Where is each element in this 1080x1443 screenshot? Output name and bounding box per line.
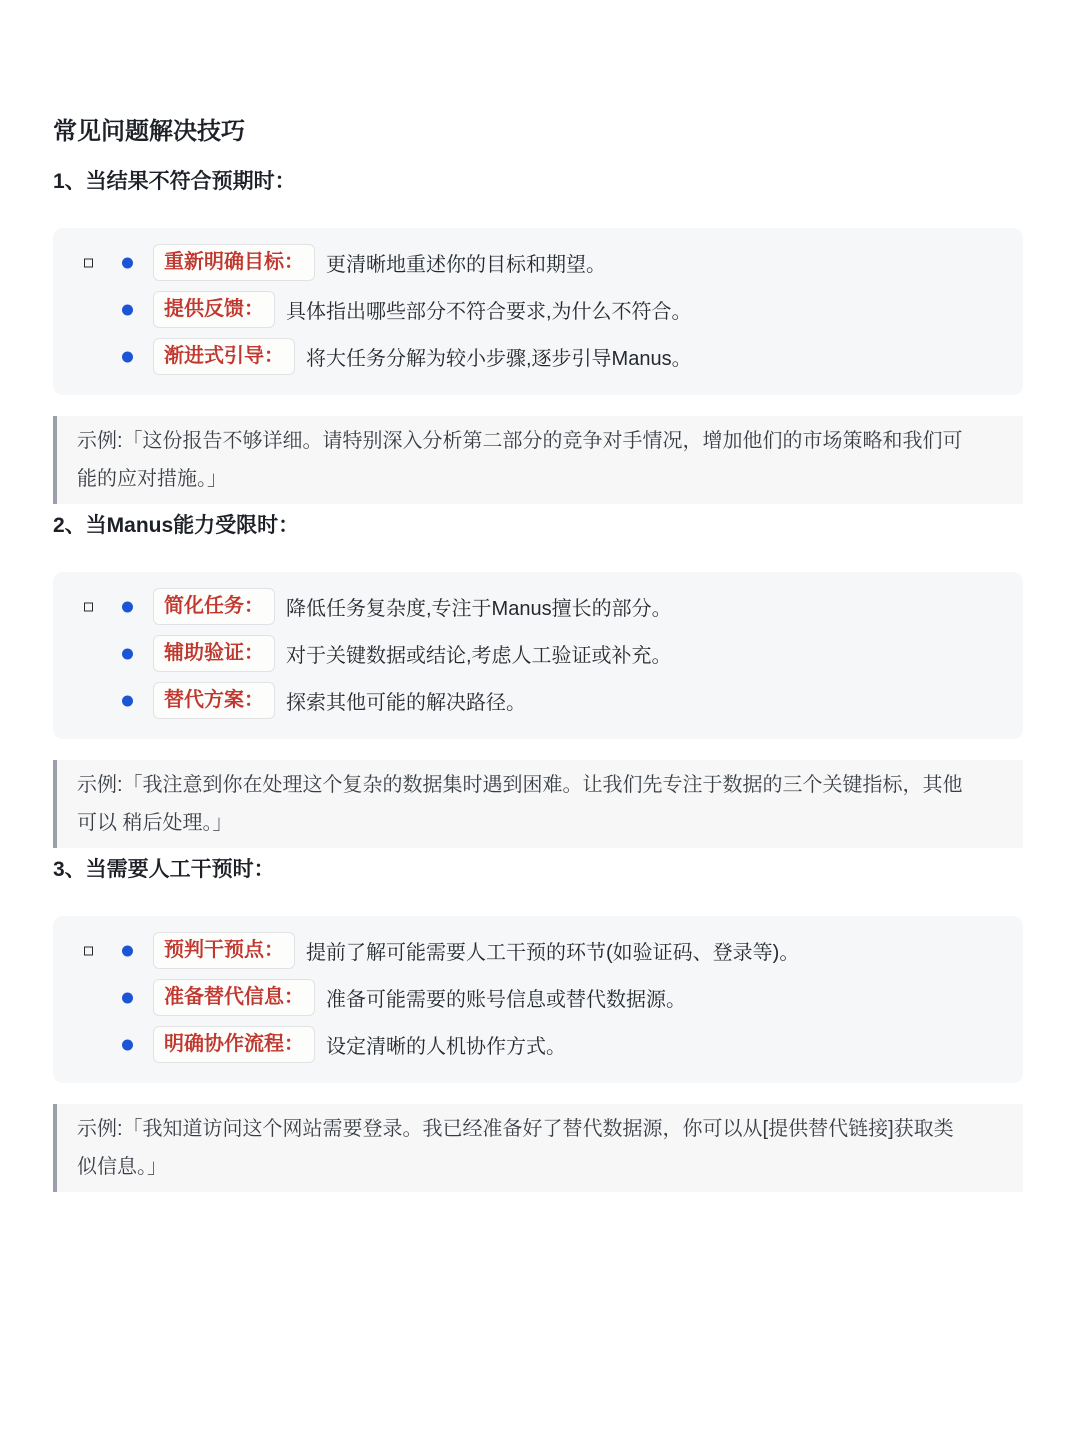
- example-quote: 示例:「我注意到你在处理这个复杂的数据集时遇到困难。让我们先专注于数据的三个关键…: [53, 760, 1023, 848]
- tip-label: 提供反馈：: [153, 291, 275, 328]
- tip-row: 准备替代信息： 准备可能需要的账号信息或替代数据源。: [53, 979, 1003, 1016]
- tip-row: 辅助验证： 对于关键数据或结论,考虑人工验证或补充。: [53, 635, 1003, 672]
- marker-cell: [53, 244, 153, 281]
- document-page: 常见问题解决技巧 1、当结果不符合预期时： 重新明确目标： 更清晰地重述你的目标…: [0, 0, 1080, 1443]
- bullet-dot-icon: [122, 695, 133, 706]
- tip-row: 简化任务： 降低任务复杂度,专注于Manus擅长的部分。: [53, 588, 1003, 625]
- tip-row: 重新明确目标： 更清晰地重述你的目标和期望。: [53, 244, 1003, 281]
- tip-text: 将大任务分解为较小步骤,逐步引导Manus。: [306, 342, 692, 371]
- tips-block: 重新明确目标： 更清晰地重述你的目标和期望。 提供反馈： 具体指出哪些部分不符合…: [53, 228, 1023, 395]
- page-title: 常见问题解决技巧: [53, 0, 1023, 148]
- bullet-dot-icon: [122, 601, 133, 612]
- bullet-dot-icon: [122, 257, 133, 268]
- bullet-dot-icon: [122, 304, 133, 315]
- bullet-dot-icon: [122, 351, 133, 362]
- square-marker-icon: [84, 946, 93, 955]
- example-quote: 示例:「我知道访问这个网站需要登录。我已经准备好了替代数据源，你可以从[提供替代…: [53, 1104, 1023, 1192]
- example-quote: 示例:「这份报告不够详细。请特别深入分析第二部分的竞争对手情况，增加他们的市场策…: [53, 416, 1023, 504]
- marker-cell: [53, 291, 153, 328]
- tip-label: 预判干预点：: [153, 932, 295, 969]
- tips-block: 预判干预点： 提前了解可能需要人工干预的环节(如验证码、登录等)。 准备替代信息…: [53, 916, 1023, 1083]
- tip-row: 渐进式引导： 将大任务分解为较小步骤,逐步引导Manus。: [53, 338, 1003, 375]
- square-marker-icon: [84, 258, 93, 267]
- bullet-dot-icon: [122, 648, 133, 659]
- section-1: 1、当结果不符合预期时： 重新明确目标： 更清晰地重述你的目标和期望。 提供反馈…: [53, 168, 1023, 504]
- bullet-dot-icon: [122, 945, 133, 956]
- document-content: 常见问题解决技巧 1、当结果不符合预期时： 重新明确目标： 更清晰地重述你的目标…: [53, 0, 1023, 1192]
- tip-text: 降低任务复杂度,专注于Manus擅长的部分。: [286, 592, 672, 621]
- marker-cell: [53, 1026, 153, 1063]
- tip-text: 设定清晰的人机协作方式。: [326, 1030, 566, 1059]
- bullet-dot-icon: [122, 992, 133, 1003]
- bullet-dot-icon: [122, 1039, 133, 1050]
- marker-cell: [53, 979, 153, 1016]
- section-heading: 1、当结果不符合预期时：: [53, 168, 1023, 196]
- tip-row: 预判干预点： 提前了解可能需要人工干预的环节(如验证码、登录等)。: [53, 932, 1003, 969]
- section-heading: 2、当Manus能力受限时：: [53, 512, 1023, 540]
- tip-text: 准备可能需要的账号信息或替代数据源。: [326, 983, 686, 1012]
- tip-label: 准备替代信息：: [153, 979, 315, 1016]
- tip-text: 具体指出哪些部分不符合要求,为什么不符合。: [286, 295, 692, 324]
- tip-label: 替代方案：: [153, 682, 275, 719]
- tip-label: 重新明确目标：: [153, 244, 315, 281]
- tip-row: 明确协作流程： 设定清晰的人机协作方式。: [53, 1026, 1003, 1063]
- tip-row: 提供反馈： 具体指出哪些部分不符合要求,为什么不符合。: [53, 291, 1003, 328]
- tip-text: 对于关键数据或结论,考虑人工验证或补充。: [286, 639, 672, 668]
- marker-cell: [53, 588, 153, 625]
- tip-row: 替代方案： 探索其他可能的解决路径。: [53, 682, 1003, 719]
- tip-label: 明确协作流程：: [153, 1026, 315, 1063]
- marker-cell: [53, 932, 153, 969]
- tip-text: 更清晰地重述你的目标和期望。: [326, 248, 606, 277]
- marker-cell: [53, 682, 153, 719]
- tip-label: 渐进式引导：: [153, 338, 295, 375]
- section-heading: 3、当需要人工干预时：: [53, 856, 1023, 884]
- square-marker-icon: [84, 602, 93, 611]
- marker-cell: [53, 635, 153, 672]
- tip-text: 探索其他可能的解决路径。: [286, 686, 526, 715]
- section-3: 3、当需要人工干预时： 预判干预点： 提前了解可能需要人工干预的环节(如验证码、…: [53, 856, 1023, 1192]
- tips-block: 简化任务： 降低任务复杂度,专注于Manus擅长的部分。 辅助验证： 对于关键数…: [53, 572, 1023, 739]
- tip-label: 辅助验证：: [153, 635, 275, 672]
- section-2: 2、当Manus能力受限时： 简化任务： 降低任务复杂度,专注于Manus擅长的…: [53, 512, 1023, 848]
- tip-text: 提前了解可能需要人工干预的环节(如验证码、登录等)。: [306, 936, 799, 965]
- marker-cell: [53, 338, 153, 375]
- tip-label: 简化任务：: [153, 588, 275, 625]
